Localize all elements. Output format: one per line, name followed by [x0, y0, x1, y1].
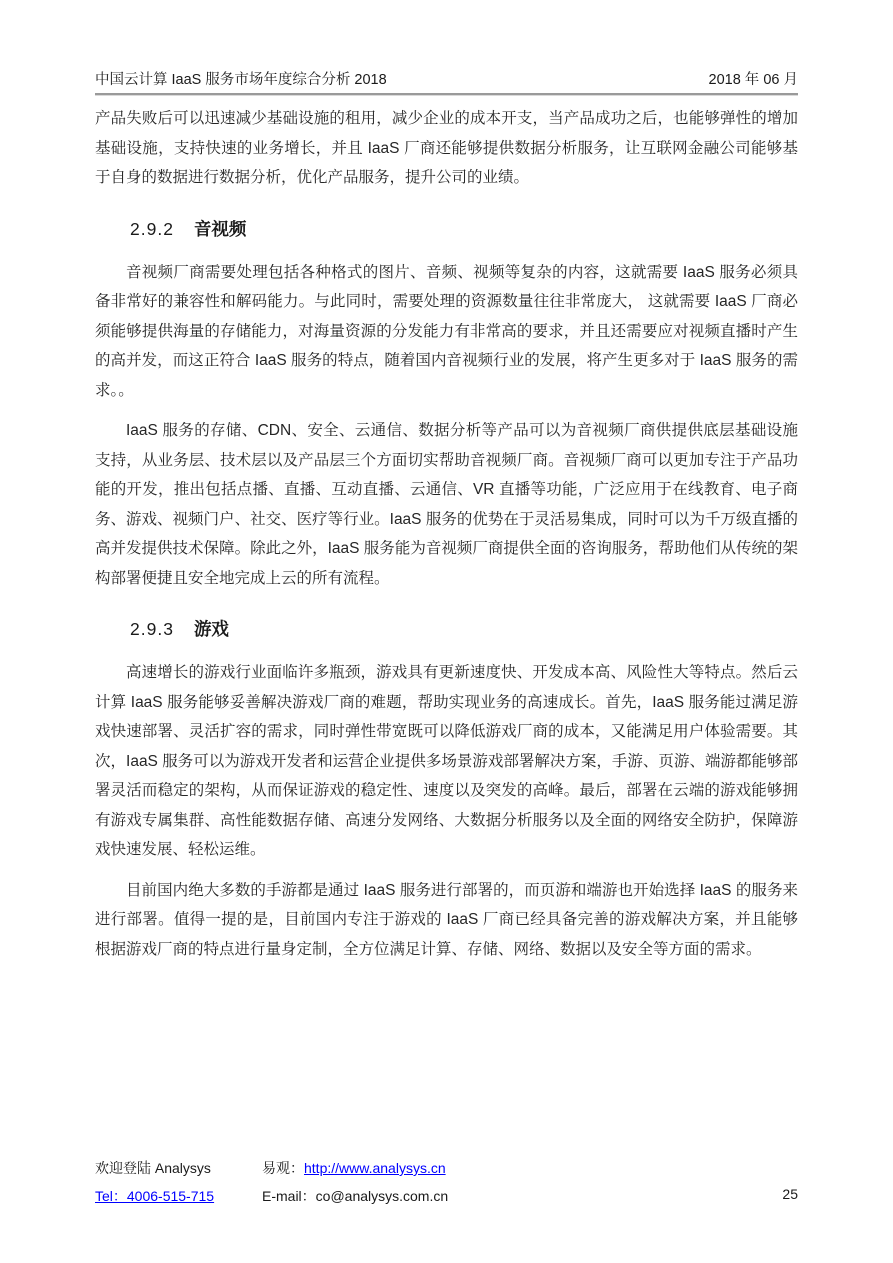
header-date: 2018 年 06 月 — [709, 68, 798, 89]
page-number: 25 — [782, 1186, 798, 1202]
paragraph: 音视频厂商需要处理包括各种格式的图片、音频、视频等复杂的内容，这就需要 IaaS… — [95, 258, 798, 406]
paragraph: IaaS 服务的存储、CDN、安全、云通信、数据分析等产品可以为音视频厂商供提供… — [95, 416, 798, 593]
document-body: 产品失败后可以迅速减少基础设施的租用，减少企业的成本开支，当产品成功之后，也能够… — [95, 104, 798, 975]
footer-welcome-text: 欢迎登陆 Analysys — [95, 1158, 211, 1178]
section-title: 音视频 — [194, 219, 247, 239]
paragraph: 高速增长的游戏行业面临许多瓶颈，游戏具有更新速度快、开发成本高、风险性大等特点。… — [95, 658, 798, 865]
tel-link[interactable]: Tel：4006-515-715 — [95, 1186, 214, 1206]
footer-site-line: 易观：http://www.analysys.cn — [262, 1158, 446, 1178]
section-title: 游戏 — [194, 619, 229, 639]
paragraph: 产品失败后可以迅速减少基础设施的租用，减少企业的成本开支，当产品成功之后，也能够… — [95, 104, 798, 193]
document-page: 中国云计算 IaaS 服务市场年度综合分析 2018 2018 年 06 月 产… — [0, 0, 893, 1263]
page-header: 中国云计算 IaaS 服务市场年度综合分析 2018 2018 年 06 月 — [95, 68, 798, 89]
website-link[interactable]: http://www.analysys.cn — [304, 1160, 446, 1176]
paragraph: 目前国内绝大多数的手游都是通过 IaaS 服务进行部署的，而页游和端游也开始选择… — [95, 876, 798, 965]
footer-email-text: E-mail：co@analysys.com.cn — [262, 1186, 448, 1206]
section-number: 2.9.2 — [130, 219, 174, 239]
section-number: 2.9.3 — [130, 619, 174, 639]
header-title: 中国云计算 IaaS 服务市场年度综合分析 2018 — [95, 68, 387, 89]
section-heading-292: 2.9.2音视频 — [95, 216, 798, 242]
header-divider — [95, 93, 798, 96]
footer-yiguan-label: 易观： — [262, 1160, 304, 1176]
section-heading-293: 2.9.3游戏 — [95, 616, 798, 642]
